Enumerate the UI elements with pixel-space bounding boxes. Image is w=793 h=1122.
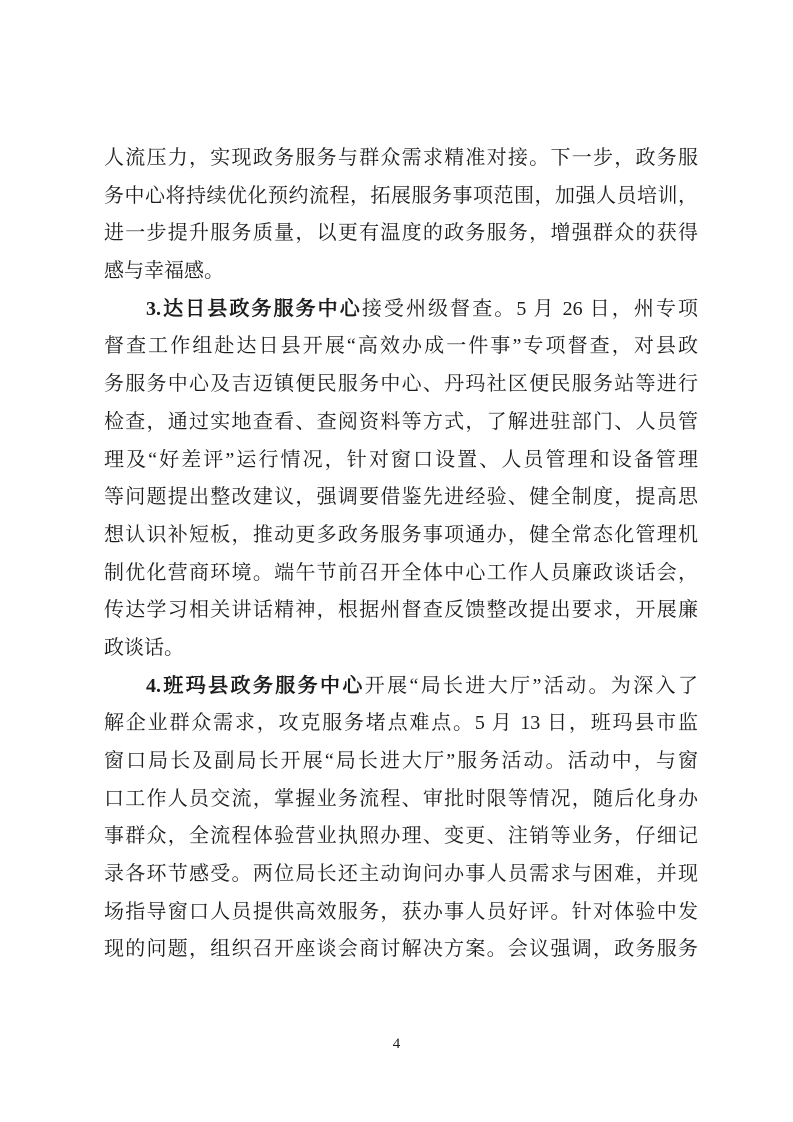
body-text: 务中心将持续优化预约流程，拓展服务事项范围，加强人员培训， xyxy=(104,185,698,207)
text-line: 进一步提升服务质量，以更有温度的政务服务，增强群众的获得 xyxy=(104,215,698,253)
text-line: 等问题提出整改建议，强调要借鉴先进经验、健全制度，提高思 xyxy=(104,479,698,517)
body-text: 制优化营商环境。端午节前召开全体中心工作人员廉政谈话会， xyxy=(104,562,698,584)
body-text: 理及“好差评”运行情况，针对窗口设置、人员管理和设备管理 xyxy=(104,449,698,471)
text-line: 督查工作组赴达日县开展“高效办成一件事”专项督查，对县政 xyxy=(104,328,698,366)
body-text: 检查，通过实地查看、查阅资料等方式，了解进驻部门、人员管 xyxy=(104,411,698,433)
text-line: 传达学习相关讲话精神，根据州督查反馈整改提出要求，开展廉 xyxy=(104,592,698,630)
paragraph: 3.达日县政务服务中心接受州级督查。5 月 26 日，州专项督查工作组赴达日县开… xyxy=(104,291,698,668)
document-body: 人流压力，实现政务服务与群众需求精准对接。下一步，政务服务中心将持续优化预约流程… xyxy=(104,140,698,969)
page-number: 4 xyxy=(0,1034,793,1054)
text-line: 理及“好差评”运行情况，针对窗口设置、人员管理和设备管理 xyxy=(104,442,698,480)
body-text: 人流压力，实现政务服务与群众需求精准对接。下一步，政务服 xyxy=(104,147,698,169)
body-text: 传达学习相关讲话精神，根据州督查反馈整改提出要求，开展廉 xyxy=(104,599,698,621)
body-text: 等问题提出整改建议，强调要借鉴先进经验、健全制度，提高思 xyxy=(104,486,698,508)
body-text: 解企业群众需求，攻克服务堵点难点。5 月 13 日，班玛县市监 xyxy=(104,712,698,734)
text-line: 4.班玛县政务服务中心开展“局长进大厅”活动。为深入了 xyxy=(104,668,698,706)
text-line: 录各环节感受。两位局长还主动询问办事人员需求与困难，并现 xyxy=(104,856,698,894)
text-line: 口工作人员交流，掌握业务流程、审批时限等情况，随后化身办 xyxy=(104,781,698,819)
text-line: 窗口局长及副局长开展“局长进大厅”服务活动。活动中，与窗 xyxy=(104,743,698,781)
body-text: 想认识补短板，推动更多政务服务事项通办，健全常态化管理机 xyxy=(104,524,698,546)
text-line: 感与幸福感。 xyxy=(104,253,698,291)
body-text: 接受州级督查。5 月 26 日，州专项 xyxy=(362,298,698,320)
body-text: 事群众，全流程体验营业执照办理、变更、注销等业务，仔细记 xyxy=(104,825,698,847)
body-text: 场指导窗口人员提供高效服务，获办事人员好评。针对体验中发 xyxy=(104,901,698,923)
text-line: 务中心将持续优化预约流程，拓展服务事项范围，加强人员培训， xyxy=(104,178,698,216)
body-text: 政谈话。 xyxy=(104,637,184,659)
text-line: 场指导窗口人员提供高效服务，获办事人员好评。针对体验中发 xyxy=(104,894,698,932)
text-line: 务服务中心及吉迈镇便民服务中心、丹玛社区便民服务站等进行 xyxy=(104,366,698,404)
text-line: 3.达日县政务服务中心接受州级督查。5 月 26 日，州专项 xyxy=(104,291,698,329)
text-line: 政谈话。 xyxy=(104,630,698,668)
text-line: 事群众，全流程体验营业执照办理、变更、注销等业务，仔细记 xyxy=(104,818,698,856)
body-text: 开展“局长进大厅”活动。为深入了 xyxy=(365,675,698,697)
text-line: 解企业群众需求，攻克服务堵点难点。5 月 13 日，班玛县市监 xyxy=(104,705,698,743)
body-text: 口工作人员交流，掌握业务流程、审批时限等情况，随后化身办 xyxy=(104,788,698,810)
body-text: 进一步提升服务质量，以更有温度的政务服务，增强群众的获得 xyxy=(104,222,698,244)
paragraph: 4.班玛县政务服务中心开展“局长进大厅”活动。为深入了解企业群众需求，攻克服务堵… xyxy=(104,668,698,970)
text-line: 制优化营商环境。端午节前召开全体中心工作人员廉政谈话会， xyxy=(104,555,698,593)
body-text: 督查工作组赴达日县开展“高效办成一件事”专项督查，对县政 xyxy=(104,335,698,357)
text-line: 人流压力，实现政务服务与群众需求精准对接。下一步，政务服 xyxy=(104,140,698,178)
section-heading-text: 3.达日县政务服务中心 xyxy=(146,298,362,320)
body-text: 感与幸福感。 xyxy=(104,260,224,282)
body-text: 窗口局长及副局长开展“局长进大厅”服务活动。活动中，与窗 xyxy=(104,750,698,772)
text-line: 想认识补短板，推动更多政务服务事项通办，健全常态化管理机 xyxy=(104,517,698,555)
body-text: 现的问题，组织召开座谈会商讨解决方案。会议强调，政务服务 xyxy=(104,938,698,960)
paragraph: 人流压力，实现政务服务与群众需求精准对接。下一步，政务服务中心将持续优化预约流程… xyxy=(104,140,698,291)
section-heading-text: 4.班玛县政务服务中心 xyxy=(146,675,365,697)
text-line: 检查，通过实地查看、查阅资料等方式，了解进驻部门、人员管 xyxy=(104,404,698,442)
body-text: 务服务中心及吉迈镇便民服务中心、丹玛社区便民服务站等进行 xyxy=(104,373,698,395)
document-page: 人流压力，实现政务服务与群众需求精准对接。下一步，政务服务中心将持续优化预约流程… xyxy=(0,0,793,1122)
body-text: 录各环节感受。两位局长还主动询问办事人员需求与困难，并现 xyxy=(104,863,698,885)
text-line: 现的问题，组织召开座谈会商讨解决方案。会议强调，政务服务 xyxy=(104,931,698,969)
